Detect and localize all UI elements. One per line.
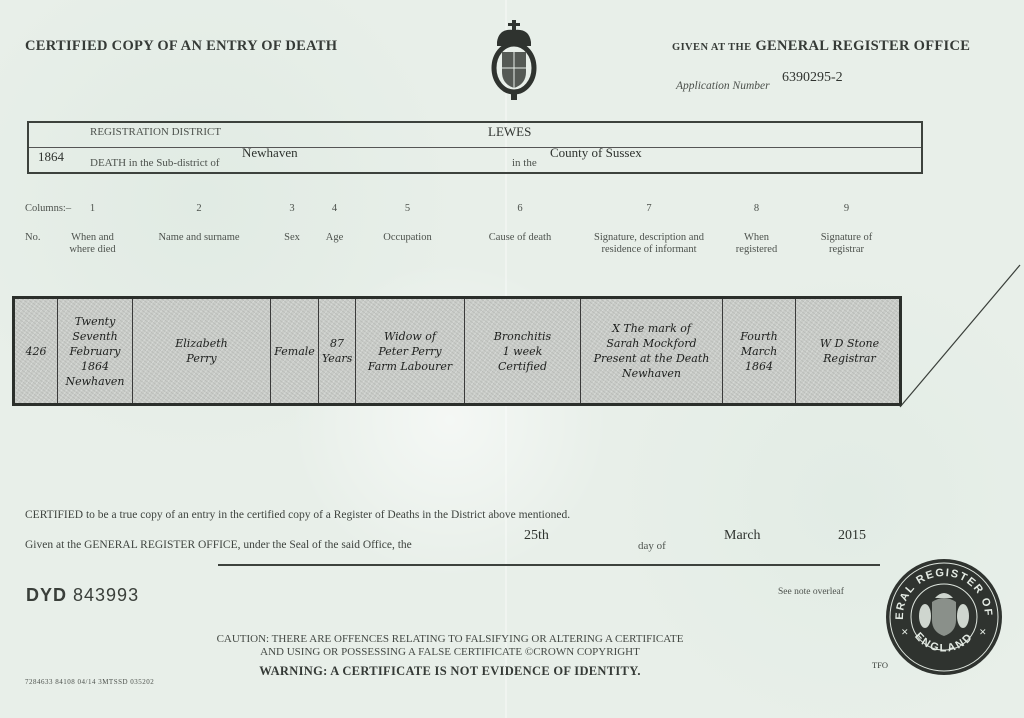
- in-the-label: in the: [512, 157, 537, 169]
- office-title: GIVEN AT THE GENERAL REGISTER OFFICE: [672, 38, 970, 55]
- document-title: CERTIFIED COPY OF AN ENTRY OF DEATH: [25, 38, 337, 55]
- entry-cell: X The mark of Sarah Mockford Present at …: [581, 299, 723, 403]
- application-number: 6390295-2: [782, 70, 843, 86]
- given-at-statement: Given at the GENERAL REGISTER OFFICE, un…: [25, 539, 412, 551]
- subdistrict: Newhaven: [242, 145, 298, 161]
- subdistrict-label: DEATH in the Sub-district of: [90, 157, 220, 169]
- entry-cell: Female: [271, 299, 319, 403]
- registration-district-label: REGISTRATION DISTRICT: [90, 126, 221, 138]
- entry-cell: Bronchitis 1 week Certified: [465, 299, 581, 403]
- column-header: Signature, description and residence of …: [568, 232, 730, 256]
- caution-line-1: CAUTION: THERE ARE OFFENCES RELATING TO …: [180, 633, 720, 646]
- application-number-label: Application Number: [676, 80, 770, 92]
- entry-cell: Elizabeth Perry: [133, 299, 271, 403]
- cancel-stroke: [895, 262, 1024, 412]
- column-number: 6: [462, 203, 578, 214]
- column-number: 8: [720, 203, 793, 214]
- column-number: 2: [130, 203, 268, 214]
- gro-seal-icon: GENERAL REGISTER OFFICE ENGLAND ✕ ✕: [885, 558, 1003, 676]
- certification-day: 25th: [524, 528, 549, 544]
- column-number: 3: [268, 203, 316, 214]
- county: County of Sussex: [550, 145, 642, 161]
- entry-cell: Twenty Seventh February 1864 Newhaven: [58, 299, 133, 403]
- print-code: 7284633 84108 04/14 3MTSSD 035202: [25, 678, 154, 686]
- entry-cell: W D Stone Registrar: [796, 299, 903, 403]
- death-entry-row: 426Twenty Seventh February 1864 Newhaven…: [12, 296, 902, 406]
- signature-rule: [218, 564, 880, 566]
- divider: [29, 147, 921, 148]
- serial-prefix: DYD: [26, 585, 67, 605]
- entry-cell: 87 Years: [319, 299, 356, 403]
- svg-text:✕: ✕: [901, 627, 909, 637]
- serial-digits: 843993: [73, 585, 139, 605]
- column-number: 9: [793, 203, 900, 214]
- given-at-prefix: GIVEN AT THE: [672, 42, 752, 53]
- entry-cell: Fourth March 1864: [723, 299, 796, 403]
- entry-cell: Widow of Peter Perry Farm Labourer: [356, 299, 465, 403]
- warning-text: WARNING: A CERTIFICATE IS NOT EVIDENCE O…: [180, 664, 720, 679]
- column-number: 1: [55, 203, 130, 214]
- column-number: 7: [578, 203, 720, 214]
- registration-district: LEWES: [488, 124, 531, 140]
- day-of-label: day of: [638, 540, 666, 552]
- column-number: 5: [353, 203, 462, 214]
- serial-number: DYD843993: [26, 585, 139, 606]
- entry-cell: 426: [15, 299, 58, 403]
- see-note-overleaf: See note overleaf: [778, 587, 844, 597]
- column-number: 4: [316, 203, 353, 214]
- certification-month: March: [724, 528, 761, 544]
- caution-text: CAUTION: THERE ARE OFFENCES RELATING TO …: [180, 633, 720, 659]
- certification-statement: CERTIFIED to be a true copy of an entry …: [25, 509, 570, 521]
- svg-text:✕: ✕: [979, 627, 987, 637]
- royal-crest-icon: [487, 18, 541, 104]
- certification-year: 2015: [838, 528, 866, 544]
- caution-line-2: AND USING OR POSSESSING A FALSE CERTIFIC…: [180, 646, 720, 659]
- registration-year: 1864: [38, 149, 64, 165]
- column-header: Signature of registrar: [783, 232, 910, 256]
- office-name: GENERAL REGISTER OFFICE: [755, 38, 970, 54]
- column-header: Name and surname: [120, 232, 278, 244]
